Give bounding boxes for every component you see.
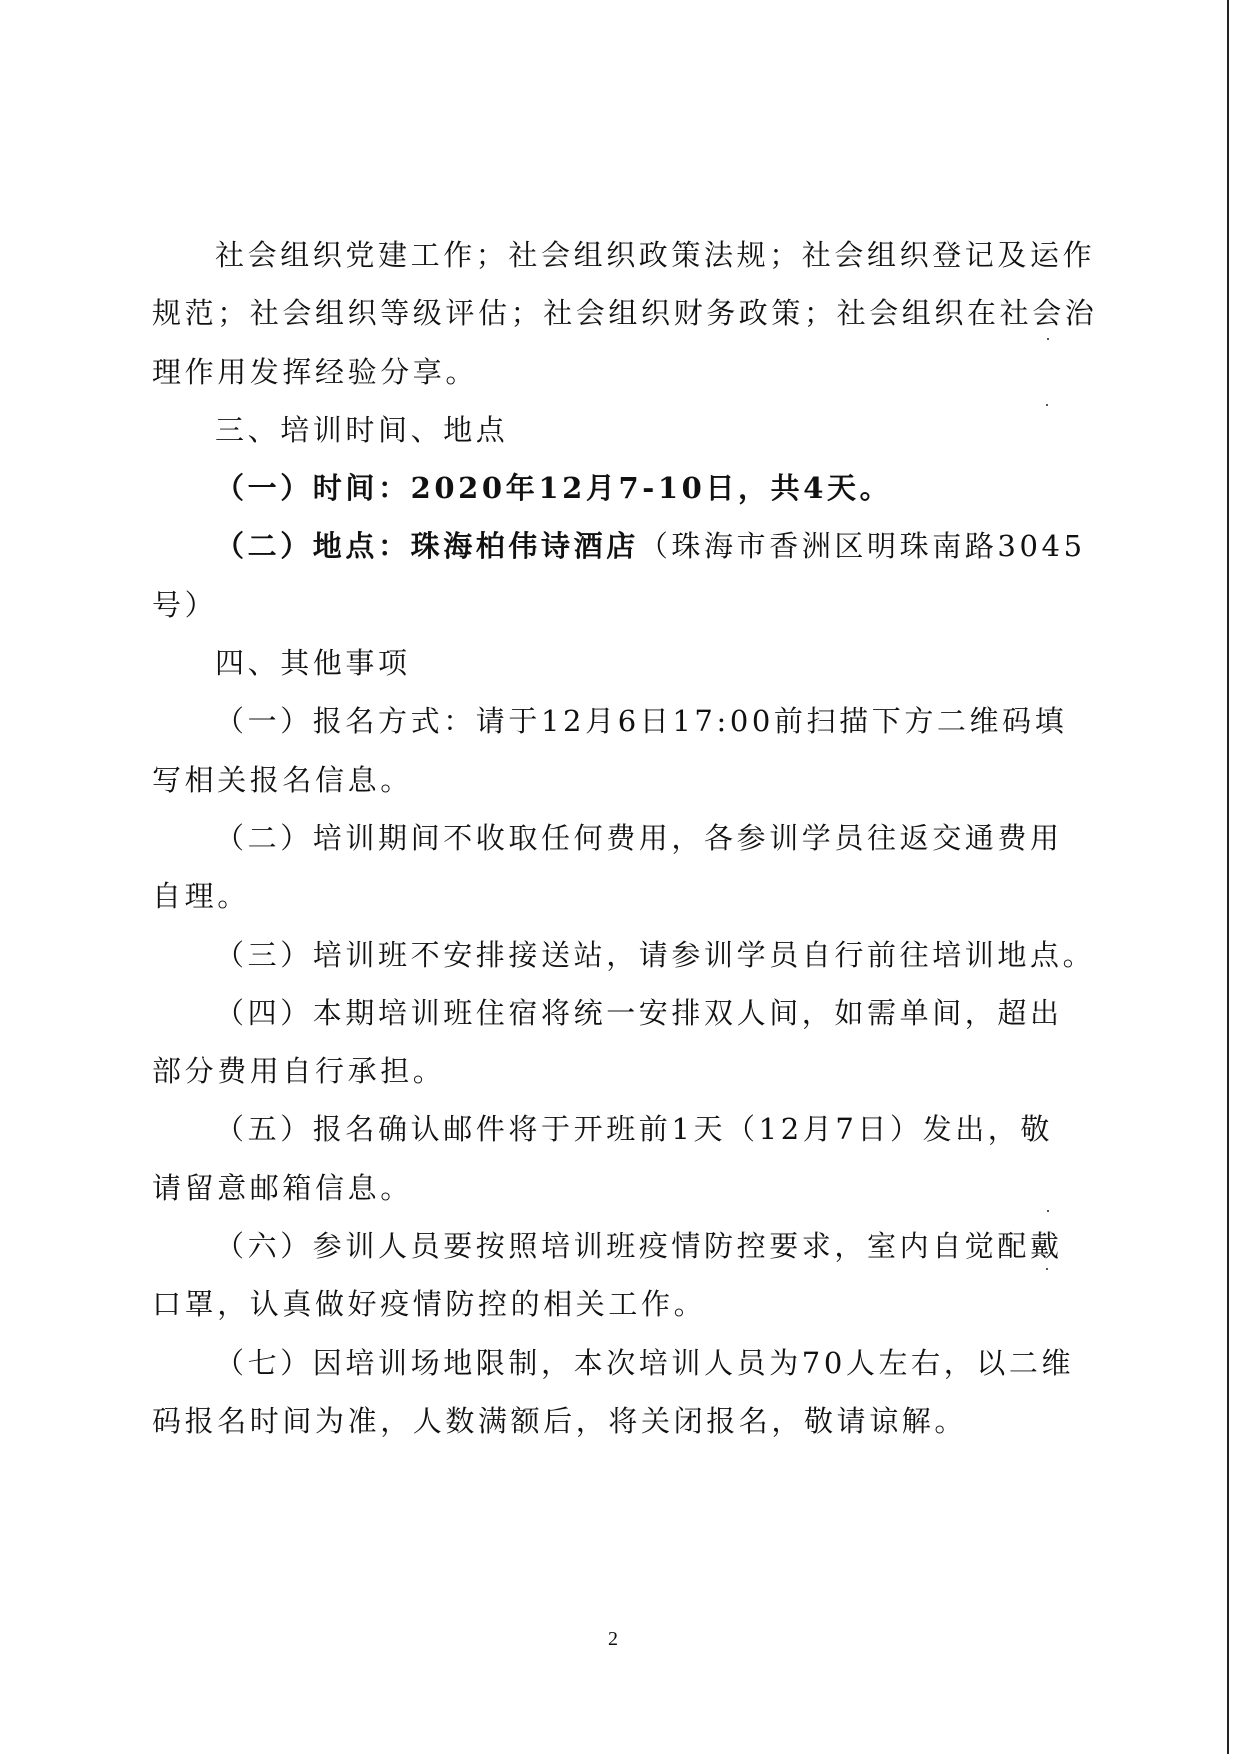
section-heading-time-place: 三、培训时间、地点 [152, 401, 1112, 459]
paragraph-line: 号） [152, 576, 1112, 634]
scan-edge-line [1227, 0, 1229, 1754]
item-registration: （一）报名方式：请于12月6日17:00前扫描下方二维码填 [152, 692, 1112, 750]
item-transport: （三）培训班不安排接送站，请参训学员自行前往培训地点。 [152, 926, 1112, 984]
paragraph-line: 社会组织党建工作；社会组织政策法规；社会组织登记及运作 [152, 226, 1112, 284]
paragraph-line: 请留意邮箱信息。 [152, 1159, 1112, 1217]
training-place-address: （珠海市香洲区明珠南路3045 [639, 529, 1086, 563]
item-epidemic-prevention: （六）参训人员要按照培训班疫情防控要求，室内自觉配戴 [152, 1217, 1112, 1275]
item-confirmation-email: （五）报名确认邮件将于开班前1天（12月7日）发出，敬 [152, 1100, 1112, 1158]
item-fees: （二）培训期间不收取任何费用，各参训学员往返交通费用 [152, 809, 1112, 867]
training-time-line: （一）时间：2020年12月7-10日，共4天。 [152, 459, 1112, 517]
item-capacity: （七）因培训场地限制，本次培训人员为70人左右，以二维 [152, 1334, 1112, 1392]
section-heading-other-matters: 四、其他事项 [152, 634, 1112, 692]
paragraph-line: 理作用发挥经验分享。 [152, 343, 1112, 401]
paragraph-line: 部分费用自行承担。 [152, 1042, 1112, 1100]
training-place-line: （二）地点：珠海柏伟诗酒店（珠海市香洲区明珠南路3045 [152, 517, 1112, 575]
document-page: 社会组织党建工作；社会组织政策法规；社会组织登记及运作 规范；社会组织等级评估；… [0, 0, 1240, 1754]
item-accommodation: （四）本期培训班住宿将统一安排双人间，如需单间，超出 [152, 984, 1112, 1042]
paragraph-line: 写相关报名信息。 [152, 751, 1112, 809]
paragraph-line: 自理。 [152, 867, 1112, 925]
page-number: 2 [608, 1628, 618, 1651]
paragraph-line: 规范；社会组织等级评估；社会组织财务政策；社会组织在社会治 [152, 284, 1112, 342]
document-body: 社会组织党建工作；社会组织政策法规；社会组织登记及运作 规范；社会组织等级评估；… [152, 226, 1112, 1450]
training-place-label: （二）地点：珠海柏伟诗酒店 [215, 529, 639, 563]
paragraph-line: 口罩，认真做好疫情防控的相关工作。 [152, 1275, 1112, 1333]
paragraph-line: 码报名时间为准，人数满额后，将关闭报名，敬请谅解。 [152, 1392, 1112, 1450]
